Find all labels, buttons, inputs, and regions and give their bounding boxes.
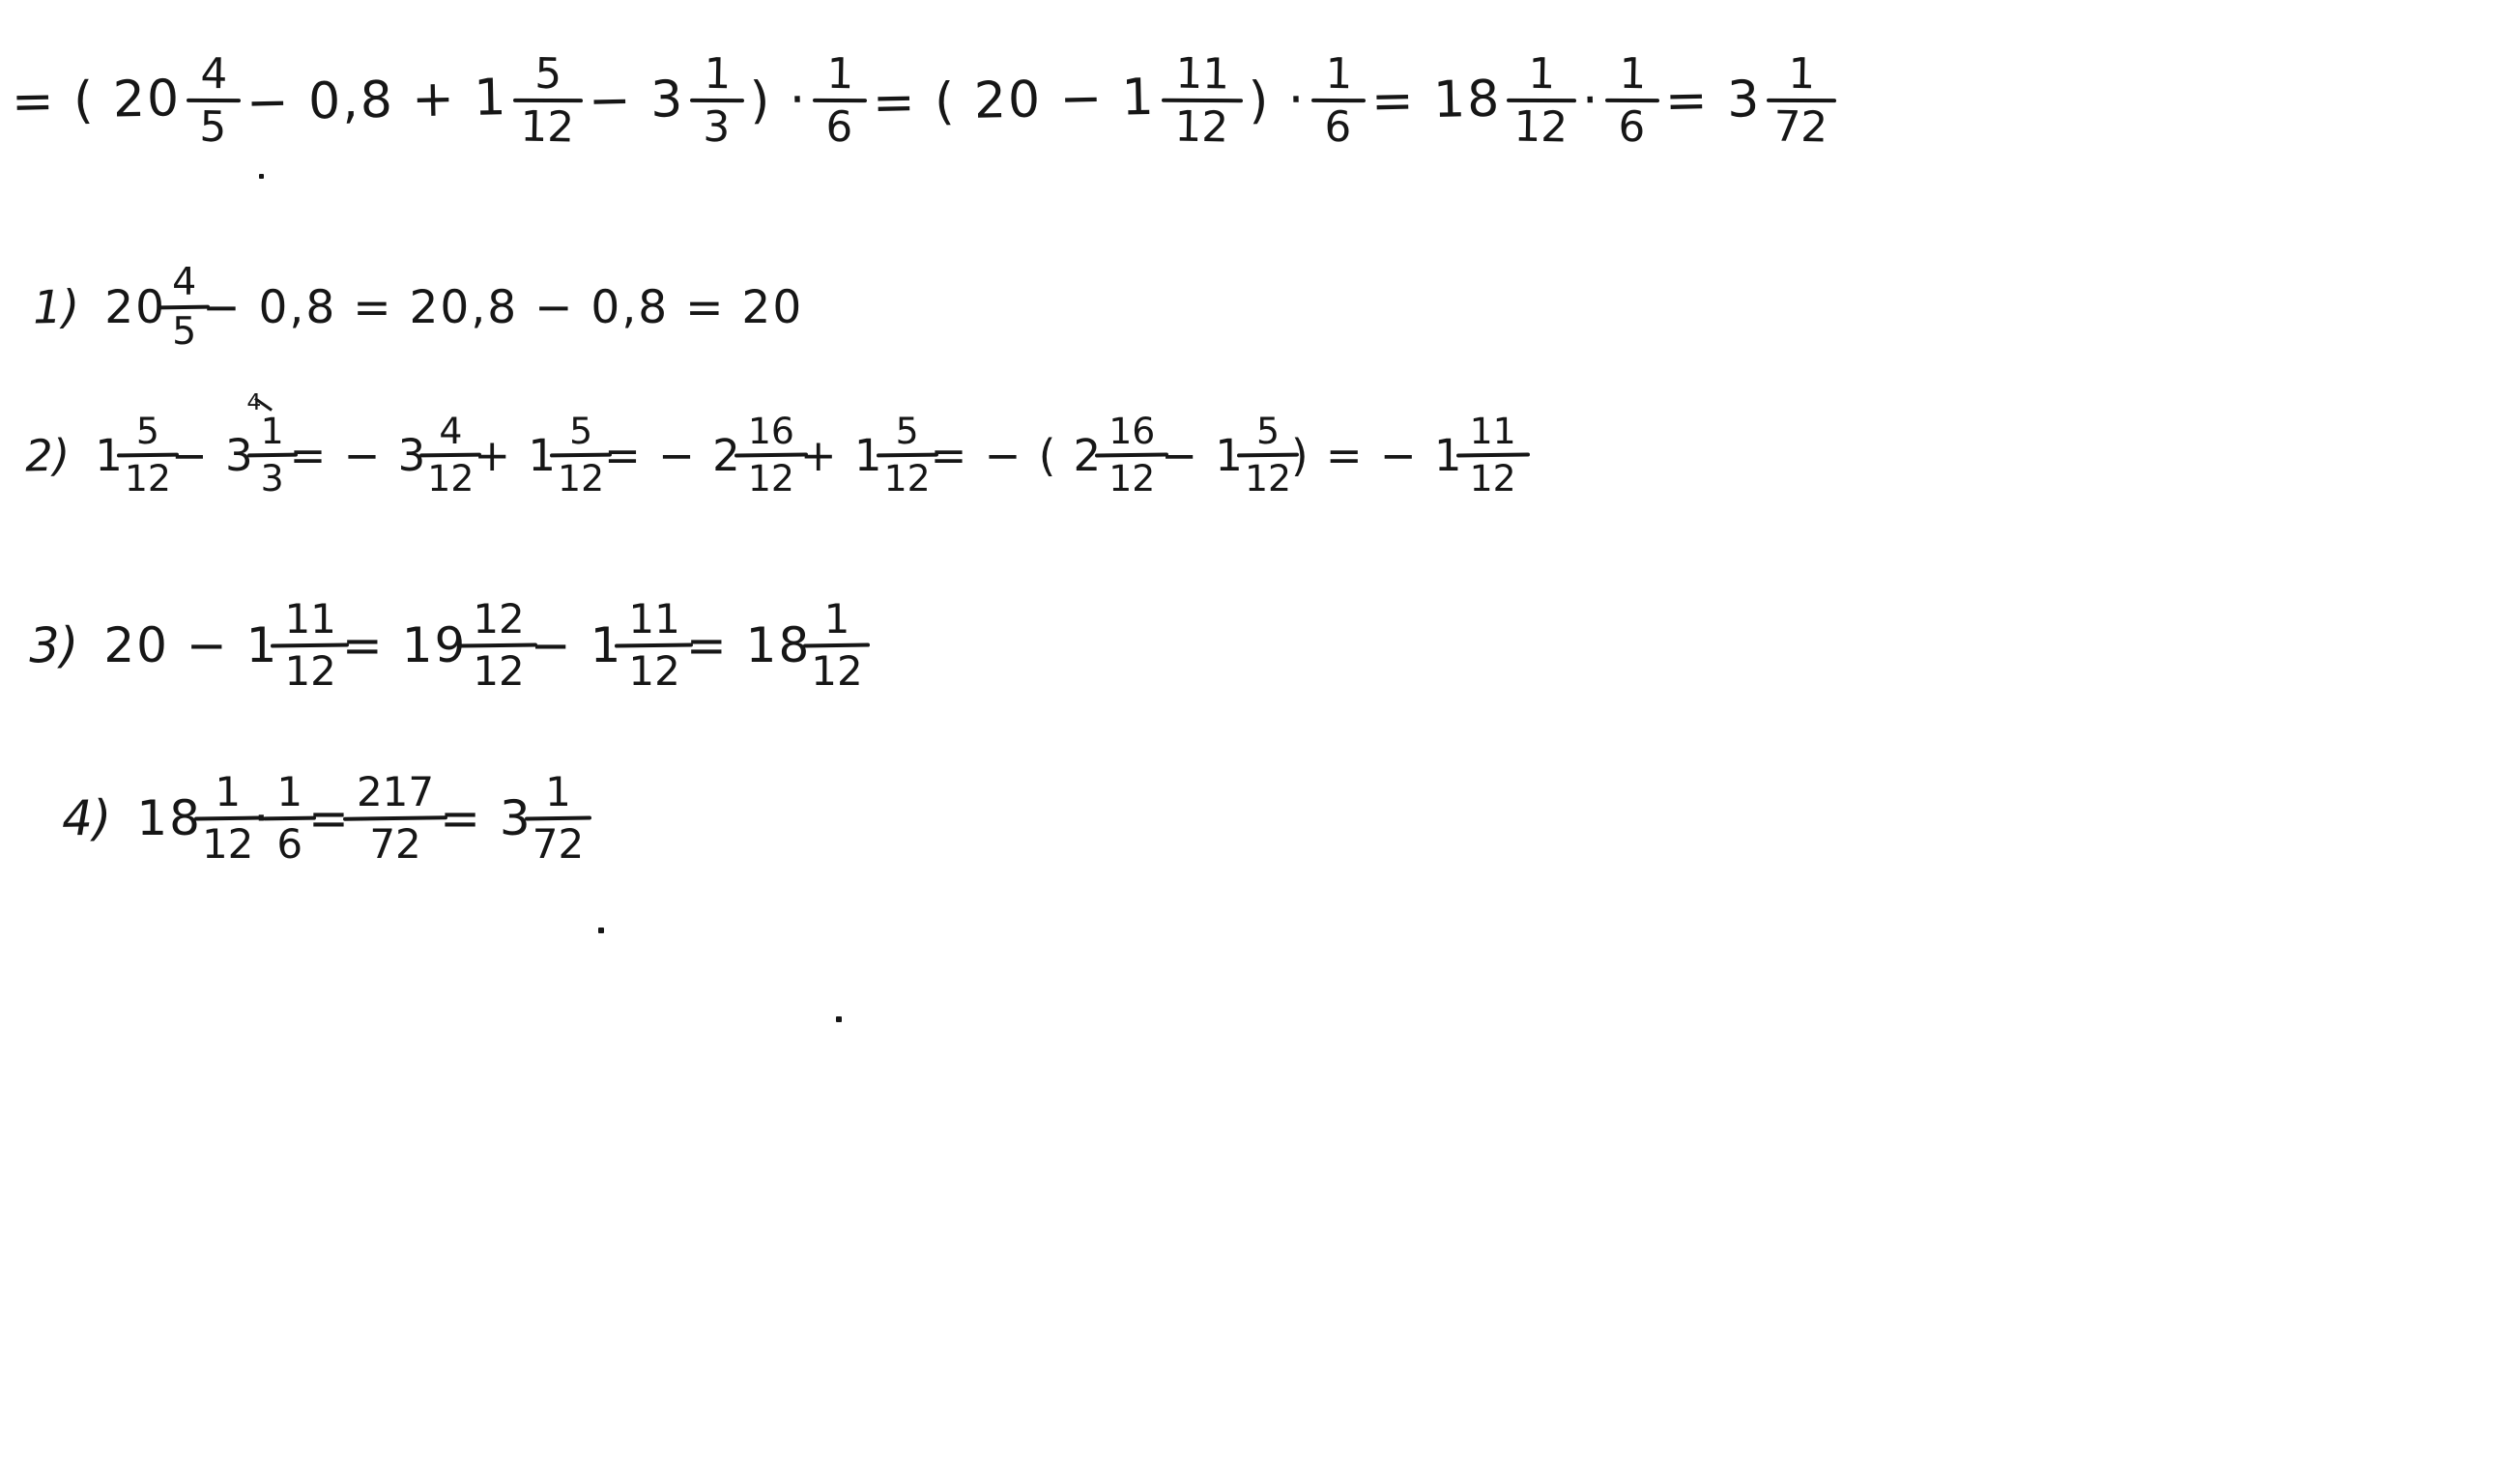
numerator: 1 [1522,51,1562,99]
numerator: 5 [563,413,598,453]
numerator: 1 [209,771,246,815]
fraction: 512 [884,413,931,498]
fraction-bar [271,642,350,647]
math-text: − 0,8 + 1 [245,69,508,132]
math-text: 18 [136,790,202,846]
handwritten-worksheet: = ( 2045− 0,8 + 1512− 313) ·16= ( 20 − 1… [0,0,2505,1484]
denominator: 12 [884,457,931,499]
math-text: = − 3 [290,430,428,481]
fraction-bar [877,452,938,457]
fraction-bar [1095,452,1168,457]
numerator: 1 [1613,51,1653,99]
fraction: 112 [811,598,862,692]
fraction-bar [615,642,694,647]
math-text: 20 − 1 [103,617,278,673]
numerator: 16 [1103,413,1161,453]
denominator: 12 [1109,457,1155,499]
numerator: 217 [351,771,440,815]
fraction-bar [1237,452,1299,457]
fraction: 412 [427,413,474,498]
denominator: 12 [473,647,524,693]
step-2-label: 2) [24,429,70,481]
denominator: 6 [1324,101,1352,149]
fraction-bar [1456,452,1530,457]
denominator: 6 [825,101,853,149]
step-2-line: 2) 1512− 3413= − 3412+ 1512= − 21612+ 15… [25,383,1522,528]
fraction: 512 [558,413,604,498]
fraction-bar [247,452,298,457]
fraction-bar [803,642,871,647]
stray-ink-dot [598,927,604,933]
denominator: 3 [261,457,284,499]
numerator: 12 [467,598,530,642]
numerator: 16 [742,413,800,453]
math-text: − 3 [588,71,684,130]
denominator: 12 [1245,457,1291,499]
denominator: 12 [202,820,253,866]
fraction: 45 [193,51,234,149]
denominator: 12 [284,647,335,693]
denominator: 12 [1174,101,1229,150]
numerator: 1 [1782,51,1822,99]
math-text: = ( 20 − 1 [873,69,1157,132]
numerator: 5 [890,413,925,453]
denominator: 6 [276,820,302,866]
numerator: 4 [166,263,202,304]
denominator: 5 [199,101,227,149]
numerator: 1 [539,771,577,815]
fraction: 172 [533,771,584,865]
fraction: 13 [697,51,737,149]
fraction-bar [194,815,262,820]
math-text: − 3 [171,430,255,481]
fraction: 16 [1318,51,1359,149]
math-text: = 18 [686,617,811,673]
math-text: + 1 [474,430,558,481]
numerator: 1 [255,413,290,453]
fraction-bar [263,815,316,820]
fraction-expansion-superscript: 4 [246,391,261,414]
denominator: 72 [1773,101,1828,150]
numerator: 11 [278,598,341,642]
fraction: 45 [166,263,202,352]
math-text: = − ( 2 [931,430,1104,481]
stray-ink-dot [836,1016,842,1022]
main-equation-line: = ( 2045− 0,8 + 1512− 313) ·16= ( 20 − 1… [12,25,1842,176]
numerator: 4 [433,413,468,453]
denominator: 5 [172,309,196,352]
fraction-bar [690,98,744,101]
math-text: ) = − 1 [1291,430,1464,481]
fraction-bar [459,642,538,647]
fraction: 112 [202,771,253,865]
fraction-bar [187,98,241,101]
math-text: = 3 [440,790,533,846]
step-1-line: 1) 2045− 0,8 = 20,8 − 0,8 = 20 [33,249,803,365]
denominator: 12 [125,457,171,499]
math-text: = 19 [342,617,467,673]
fraction-bar [813,98,867,101]
numerator: 5 [130,413,165,453]
fraction: 413 [255,413,290,498]
denominator: 12 [1513,101,1569,150]
math-text: 20 [104,281,166,334]
fraction: 172 [1773,51,1829,150]
fraction-bar [513,98,583,101]
fraction-bar [419,452,481,457]
numerator: 11 [1464,413,1522,453]
fraction-bar [1767,98,1836,101]
math-text: = ( 20 [11,70,181,131]
fraction-bar [734,452,808,457]
fraction: 1612 [1103,413,1161,498]
fraction-bar [550,452,612,457]
numerator: 5 [1251,413,1285,453]
fraction: 1112 [1464,413,1522,498]
fraction: 16 [820,51,860,149]
denominator: 12 [558,457,604,499]
fraction-bar [117,452,179,457]
fraction: 512 [125,413,171,498]
fraction: 1112 [622,598,685,692]
denominator: 12 [1470,457,1516,499]
denominator: 6 [1618,101,1646,149]
step-4-line: 4) 18112·16=21772= 3172 [62,746,584,891]
math-text: ) · [1248,71,1307,129]
math-text: − 1 [531,617,623,673]
numerator: 11 [622,598,685,642]
step-3-label: 3) [28,616,79,673]
denominator: 12 [748,457,794,499]
fraction-bar [343,815,447,821]
math-text: − 1 [1161,430,1245,481]
math-text: ) · [749,71,808,129]
fraction: 16 [1612,51,1653,149]
fraction: 512 [520,51,576,150]
step-1-label: 1) [32,280,79,334]
fraction: 1612 [742,413,800,498]
fraction: 1112 [278,598,341,692]
denominator: 12 [628,647,679,693]
denominator: 12 [427,457,474,499]
fraction: 1212 [467,598,530,692]
math-text: = − 2 [604,430,742,481]
denominator: 72 [369,820,420,866]
numerator: 1 [819,598,856,642]
fraction: 1112 [1168,51,1235,150]
fraction-bar [1507,98,1576,101]
numerator: 1 [1319,51,1359,99]
numerator: 1 [698,51,737,99]
fraction-bar [525,815,592,820]
math-text: − 0,8 = 20,8 − 0,8 = 20 [202,281,803,334]
fraction: 112 [1513,51,1569,150]
step-3-line: 3) 20 − 11112= 191212− 11112= 18112 [29,568,863,723]
denominator: 3 [703,101,731,149]
numerator: 4 [194,51,234,99]
fraction-bar [1605,98,1659,101]
fraction-bar [1162,98,1243,101]
math-text: = 18 [1370,71,1502,131]
step-4-label: 4) [61,789,112,846]
math-text: + 1 [800,430,884,481]
denominator: 72 [533,820,584,866]
math-text: = 3 [1664,71,1761,130]
fraction: 16 [271,771,308,865]
numerator: 1 [821,51,860,99]
numerator: 11 [1169,51,1235,99]
numerator: 1 [271,771,308,815]
numerator: 5 [529,51,568,99]
fraction-bar [158,304,210,309]
denominator: 12 [520,101,575,150]
math-text: · [1581,71,1600,129]
denominator: 12 [811,647,862,693]
stray-ink-dot [259,174,264,179]
fraction: 512 [1245,413,1291,498]
fraction-bar [1311,98,1366,101]
fraction: 21772 [351,771,440,865]
